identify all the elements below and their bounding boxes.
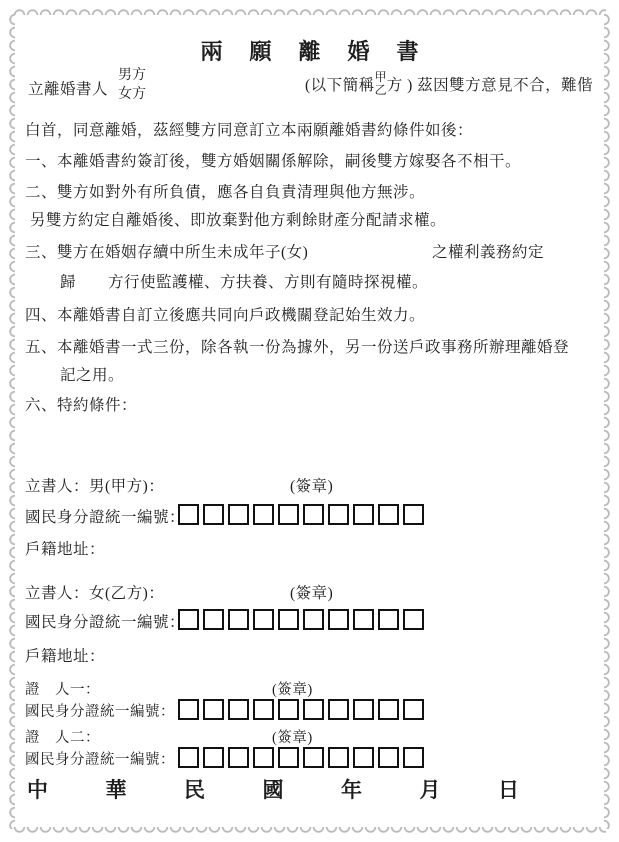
date-char: 華 (106, 774, 127, 804)
witness2-label: 證 人二： (25, 729, 100, 747)
intro-continuation: 白首，同意離婚，茲經雙方同意訂立本兩願離婚書約條件如後： (25, 121, 473, 140)
witness1-seal-label: (簽章) (272, 681, 313, 699)
id-box[interactable] (253, 609, 274, 630)
alias-party-options: 甲 乙 (375, 71, 387, 97)
id-box[interactable] (278, 609, 299, 630)
id-box[interactable] (178, 747, 199, 768)
witness1-id-label: 國民身分證統一編號： (25, 703, 175, 721)
id-box[interactable] (228, 504, 249, 525)
id-box[interactable] (228, 699, 249, 720)
id-box[interactable] (278, 504, 299, 525)
id-box[interactable] (203, 699, 224, 720)
clause-5: 五、本離婚書一式三份，除各執一份為據外，另一份送戶政事務所辦理離婚登 (25, 338, 569, 357)
id-box[interactable] (403, 609, 424, 630)
male-id-label: 國民身分證統一編號： (25, 508, 185, 527)
id-box[interactable] (328, 504, 349, 525)
party-options: 男方 女方 (118, 66, 146, 104)
id-box[interactable] (378, 747, 399, 768)
date-char: 國 (263, 774, 284, 804)
female-address-label: 戶籍地址： (25, 647, 105, 666)
id-box[interactable] (378, 609, 399, 630)
clause-4: 四、本離婚書自訂立後應共同向戶政機關登記始生效力。 (25, 306, 425, 325)
id-box[interactable] (353, 699, 374, 720)
id-box[interactable] (178, 609, 199, 630)
id-box[interactable] (203, 504, 224, 525)
id-box[interactable] (403, 747, 424, 768)
witness2-id-box-row[interactable] (178, 747, 424, 768)
id-box[interactable] (403, 504, 424, 525)
female-signatory-label: 立書人：女(乙方)： (25, 584, 164, 603)
id-box[interactable] (228, 609, 249, 630)
clause-2-addendum: 另雙方約定自離婚後、即放棄對他方剩餘財產分配請求權。 (30, 211, 446, 230)
male-seal-label: (簽章) (290, 477, 333, 496)
witness1-label: 證 人一： (25, 681, 100, 699)
id-box[interactable] (403, 699, 424, 720)
perforated-edge-bottom (13, 827, 606, 835)
id-box[interactable] (353, 504, 374, 525)
clause-3-lead: 三、雙方在婚姻存續中所生未成年子(女) (25, 243, 308, 262)
clause-3-tail: 之權利義務約定 (432, 243, 544, 262)
date-char: 日 (498, 774, 519, 804)
id-box[interactable] (228, 747, 249, 768)
id-box[interactable] (378, 699, 399, 720)
clause-1: 一、本離婚書約簽訂後，雙方婚姻關係解除，嗣後雙方嫁娶各不相干。 (25, 152, 521, 171)
female-seal-label: (簽章) (290, 584, 333, 603)
date-char: 年 (341, 774, 362, 804)
id-box[interactable] (353, 747, 374, 768)
witness2-seal-label: (簽章) (272, 729, 313, 747)
id-box[interactable] (178, 699, 199, 720)
id-box[interactable] (378, 504, 399, 525)
id-box[interactable] (303, 609, 324, 630)
divorce-agreement-page: 兩願離婚書 立離婚書人 男方 女方 (以下簡稱 甲 乙 方 ) 茲因雙方意見不合… (0, 0, 619, 842)
clause-3-custody: 歸 方行使監護權、方扶養、方則有隨時探視權。 (60, 273, 428, 292)
female-id-box-row[interactable] (178, 609, 424, 630)
male-signatory-label: 立書人：男(甲方)： (25, 477, 164, 496)
perforated-edge-right (604, 13, 612, 829)
id-box[interactable] (328, 747, 349, 768)
id-box[interactable] (203, 747, 224, 768)
document-title: 兩願離婚書 (0, 38, 619, 66)
clause-5-continued: 記之用。 (60, 366, 124, 385)
male-id-box-row[interactable] (178, 504, 424, 525)
roc-date-line: 中 華 民 國 年 月 日 (27, 774, 519, 804)
alias-prefix: (以下簡稱 (305, 73, 375, 95)
party-option-female: 女方 (118, 85, 146, 104)
female-id-label: 國民身分證統一編號： (25, 613, 185, 632)
alias-suffix: 方 ) 茲因雙方意見不合，難偕 (387, 73, 593, 95)
id-box[interactable] (253, 747, 274, 768)
id-box[interactable] (328, 699, 349, 720)
alias-clause: (以下簡稱 甲 乙 方 ) 茲因雙方意見不合，難偕 (305, 71, 593, 97)
clause-2: 二、雙方如對外有所負債，應各自負責清理與他方無涉。 (25, 183, 425, 202)
id-box[interactable] (253, 504, 274, 525)
maker-label: 立離婚書人 (28, 80, 108, 99)
male-address-label: 戶籍地址： (25, 540, 105, 559)
id-box[interactable] (278, 747, 299, 768)
id-box[interactable] (303, 504, 324, 525)
alias-party-bottom: 乙 (375, 84, 387, 97)
id-box[interactable] (203, 609, 224, 630)
id-box[interactable] (328, 609, 349, 630)
id-box[interactable] (278, 699, 299, 720)
date-char: 中 (27, 774, 48, 804)
witness2-id-label: 國民身分證統一編號： (25, 751, 175, 769)
perforated-edge-top (13, 7, 606, 15)
id-box[interactable] (353, 609, 374, 630)
id-box[interactable] (303, 699, 324, 720)
id-box[interactable] (178, 504, 199, 525)
date-char: 月 (420, 774, 441, 804)
witness1-id-box-row[interactable] (178, 699, 424, 720)
party-option-male: 男方 (118, 66, 146, 85)
id-box[interactable] (303, 747, 324, 768)
id-box[interactable] (253, 699, 274, 720)
perforated-edge-left (7, 13, 15, 829)
clause-6: 六、特約條件： (25, 396, 137, 415)
date-char: 民 (184, 774, 205, 804)
